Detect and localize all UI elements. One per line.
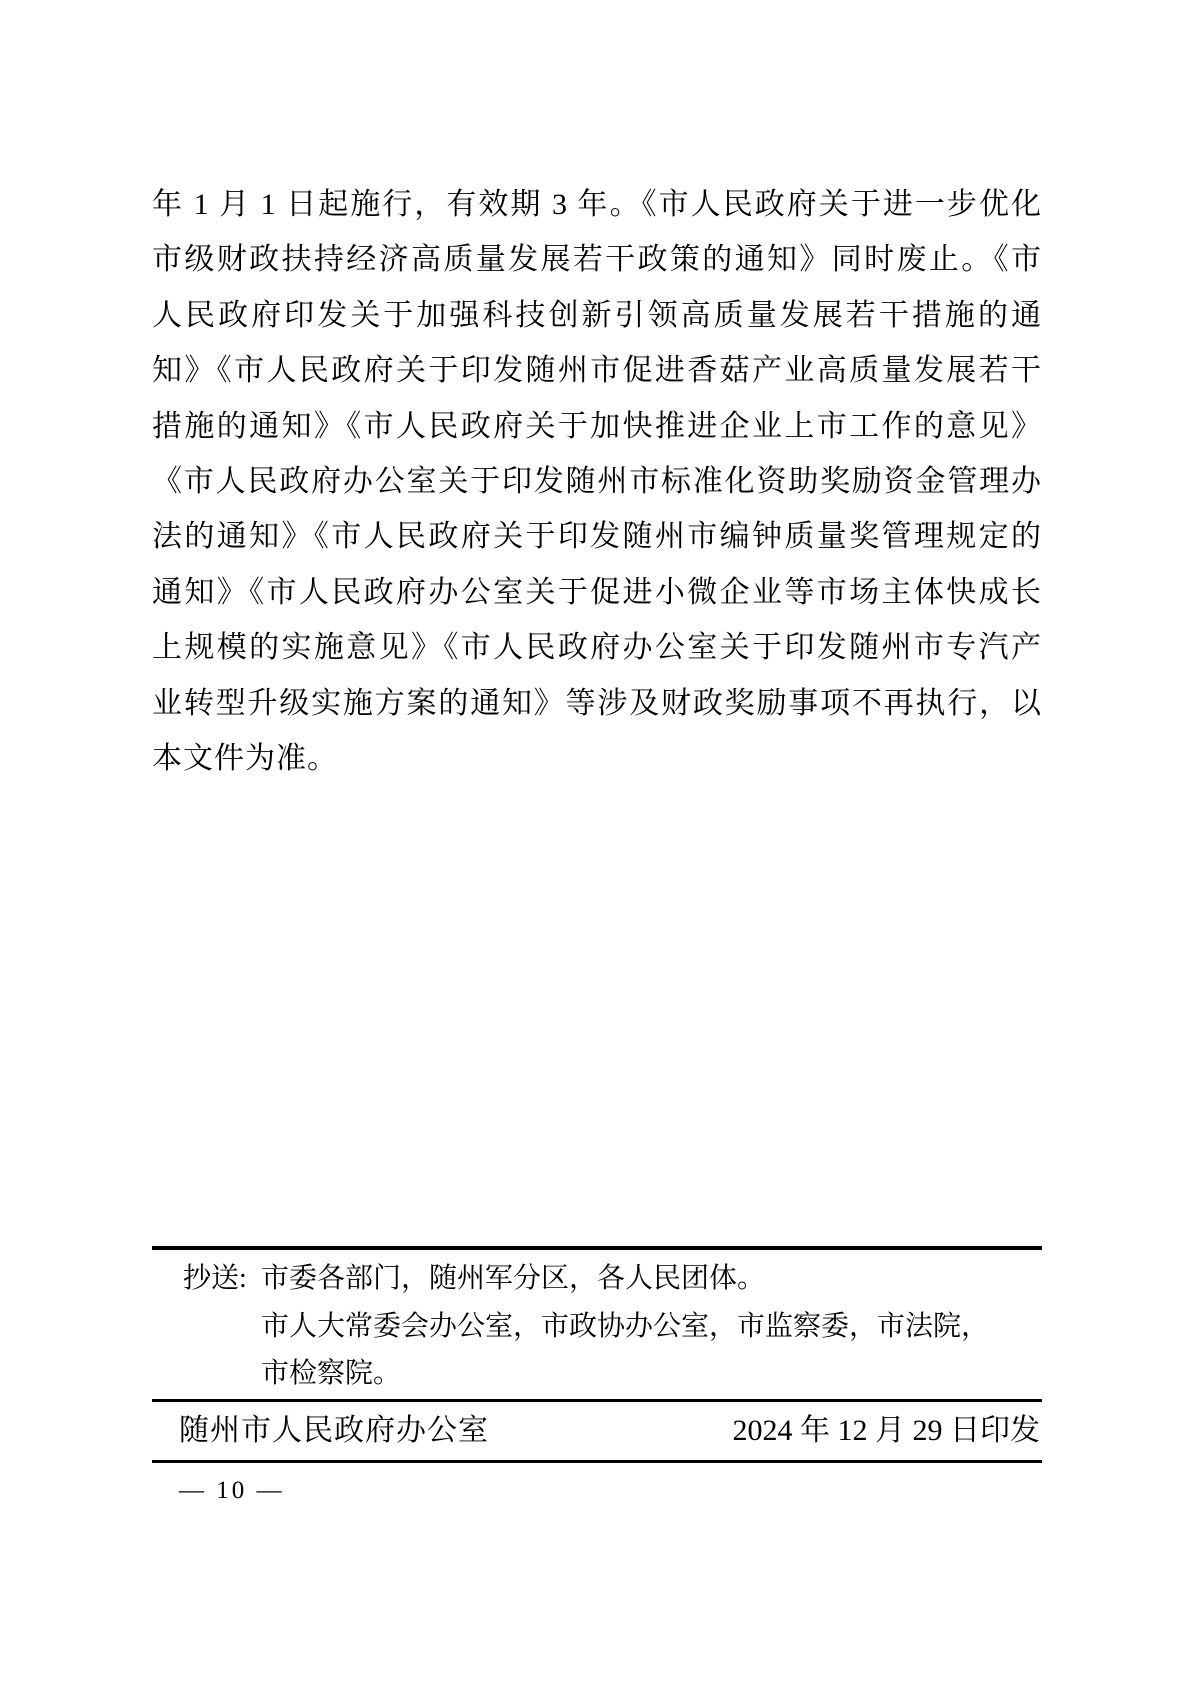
print-date: 2024 年 12 月 29 日印发 <box>733 1409 1041 1453</box>
divider-above-copy-to <box>152 1246 1042 1250</box>
copy-to-label: 抄送: <box>183 1255 261 1303</box>
body-line: 市级财政扶持经济高质量发展若干政策的通知》同时废止。《市 <box>152 232 1042 287</box>
body-line: 上规模的实施意见》《市人民政府办公室关于印发随州市专汽产 <box>152 620 1042 675</box>
body-line: 法的通知》《市人民政府关于印发随州市编钟质量奖管理规定的 <box>152 509 1042 564</box>
divider-above-colophon <box>152 1399 1042 1402</box>
issuing-office: 随州市人民政府办公室 <box>179 1409 489 1453</box>
body-line: 措施的通知》《市人民政府关于加快推进企业上市工作的意见》 <box>152 399 1042 454</box>
colophon-row: 随州市人民政府办公室 2024 年 12 月 29 日印发 <box>152 1409 1042 1453</box>
body-paragraph: 年 1 月 1 日起施行，有效期 3 年。《市人民政府关于进一步优化 市级财政扶… <box>152 177 1042 786</box>
copy-to-list: 市委各部门，随州军分区，各人民团体。 市人大常委会办公室，市政协办公室，市监察委… <box>261 1255 1043 1398</box>
copy-to-block: 抄送: 市委各部门，随州军分区，各人民团体。 市人大常委会办公室，市政协办公室，… <box>183 1255 1043 1398</box>
copy-to-line: 市人大常委会办公室，市政协办公室，市监察委，市法院， <box>261 1303 1043 1351</box>
copy-to-line: 市委各部门，随州军分区，各人民团体。 <box>261 1255 1043 1303</box>
body-line: 本文件为准。 <box>152 731 1042 786</box>
page-number: — 10 — <box>179 1476 285 1506</box>
body-line: 《市人民政府办公室关于印发随州市标准化资助奖励资金管理办 <box>152 454 1042 509</box>
body-line: 通知》《市人民政府办公室关于促进小微企业等市场主体快成长 <box>152 565 1042 620</box>
document-page: 年 1 月 1 日起施行，有效期 3 年。《市人民政府关于进一步优化 市级财政扶… <box>0 0 1191 1684</box>
divider-below-colophon <box>152 1460 1042 1463</box>
body-line: 知》《市人民政府关于印发随州市促进香菇产业高质量发展若干 <box>152 343 1042 398</box>
body-line: 业转型升级实施方案的通知》等涉及财政奖励事项不再执行，以 <box>152 676 1042 731</box>
body-line: 人民政府印发关于加强科技创新引领高质量发展若干措施的通 <box>152 288 1042 343</box>
body-line: 年 1 月 1 日起施行，有效期 3 年。《市人民政府关于进一步优化 <box>152 177 1042 232</box>
copy-to-line: 市检察院。 <box>261 1350 1043 1398</box>
